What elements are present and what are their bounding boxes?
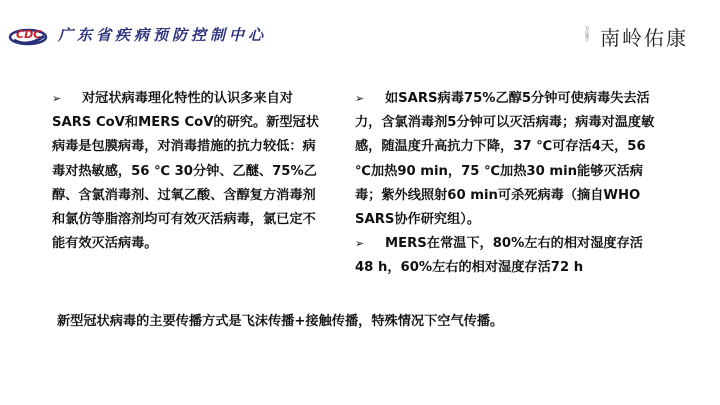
paragraph-text: 如SARS病毒75%乙醇5分钟可使病毒失去活力，含氯消毒剂5分钟可以灭活病毒；病… [355,91,654,227]
bullet-paragraph: ➢对冠状病毒理化特性的认识多来自对SARS CoV和MERS CoV的研究。新型… [52,87,324,256]
left-text-block: ➢对冠状病毒理化特性的认识多来自对SARS CoV和MERS CoV的研究。新型… [52,87,324,256]
arrow-bullet-icon: ➢ [52,87,82,111]
right-text-block: ➢如SARS病毒75%乙醇5分钟可使病毒失去活力，含氯消毒剂5分钟可以灭活病毒；… [355,87,655,281]
bullet-paragraph: ➢MERS在常温下，80%左右的相对湿度存活48 h，60%左右的相对湿度存活7… [355,232,655,280]
calligraphy-motto: 南岭佑康 [600,22,688,51]
arrow-bullet-icon: ➢ [355,87,385,111]
organization-name: 广东省疾病预防控制中心 [58,24,267,45]
bullet-paragraph: ➢如SARS病毒75%乙醇5分钟可使病毒失去活力，含氯消毒剂5分钟可以灭活病毒；… [355,87,655,232]
calligraphy-seal: 书法题字 [584,26,590,42]
paragraph-text: MERS在常温下，80%左右的相对湿度存活48 h，60%左右的相对湿度存活72… [355,236,643,275]
cdc-logo-icon: CDC [8,24,48,46]
svg-text:CDC: CDC [16,28,41,41]
summary-text: 新型冠状病毒的主要传播方式是飞沫传播+接触传播，特殊情况下空气传播。 [57,310,503,334]
arrow-bullet-icon: ➢ [355,232,385,256]
paragraph-text: 对冠状病毒理化特性的认识多来自对SARS CoV和MERS CoV的研究。新型冠… [52,91,319,251]
